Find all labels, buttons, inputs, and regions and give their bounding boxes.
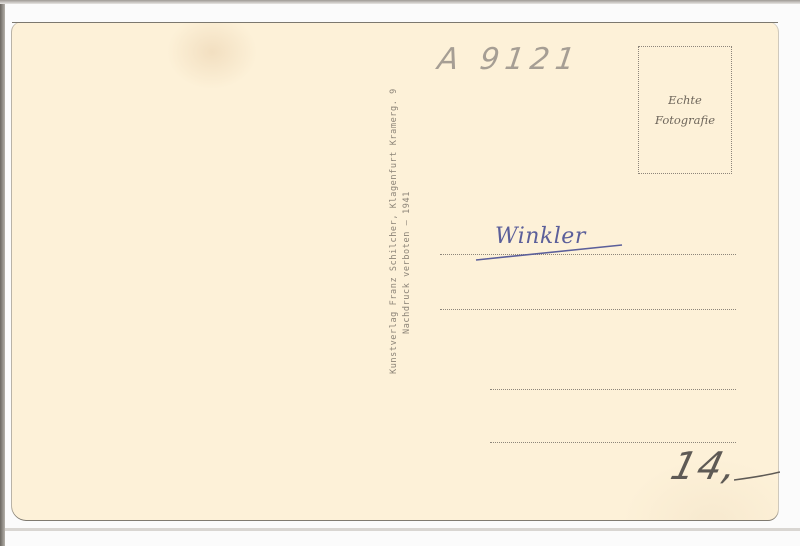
- publisher-line-1: Kunstverlag Franz Schilcher, Klagenfurt …: [388, 46, 401, 376]
- address-line-2: [440, 309, 736, 310]
- postcard-top-edge: [12, 22, 778, 23]
- price-dash-stroke: [734, 470, 780, 482]
- scanner-edge-top: [0, 0, 800, 4]
- stamp-box-text-1: Echte: [668, 90, 702, 110]
- signature-underline-stroke: [474, 242, 624, 262]
- publisher-imprint: Kunstverlag Franz Schilcher, Klagenfurt …: [388, 46, 436, 376]
- scanner-edge-left: [0, 0, 5, 546]
- address-line-3: [490, 389, 736, 390]
- handwritten-catalog-number: A 9121: [436, 42, 583, 77]
- publisher-line-2: Nachdruck verboten — 1941: [401, 46, 414, 376]
- scanner-shadow-bottom: [5, 528, 800, 531]
- handwritten-price: 14,: [667, 444, 744, 488]
- stamp-box: Echte Fotografie: [638, 46, 732, 174]
- address-line-4: [490, 442, 736, 443]
- stamp-box-text-2: Fotografie: [655, 110, 715, 130]
